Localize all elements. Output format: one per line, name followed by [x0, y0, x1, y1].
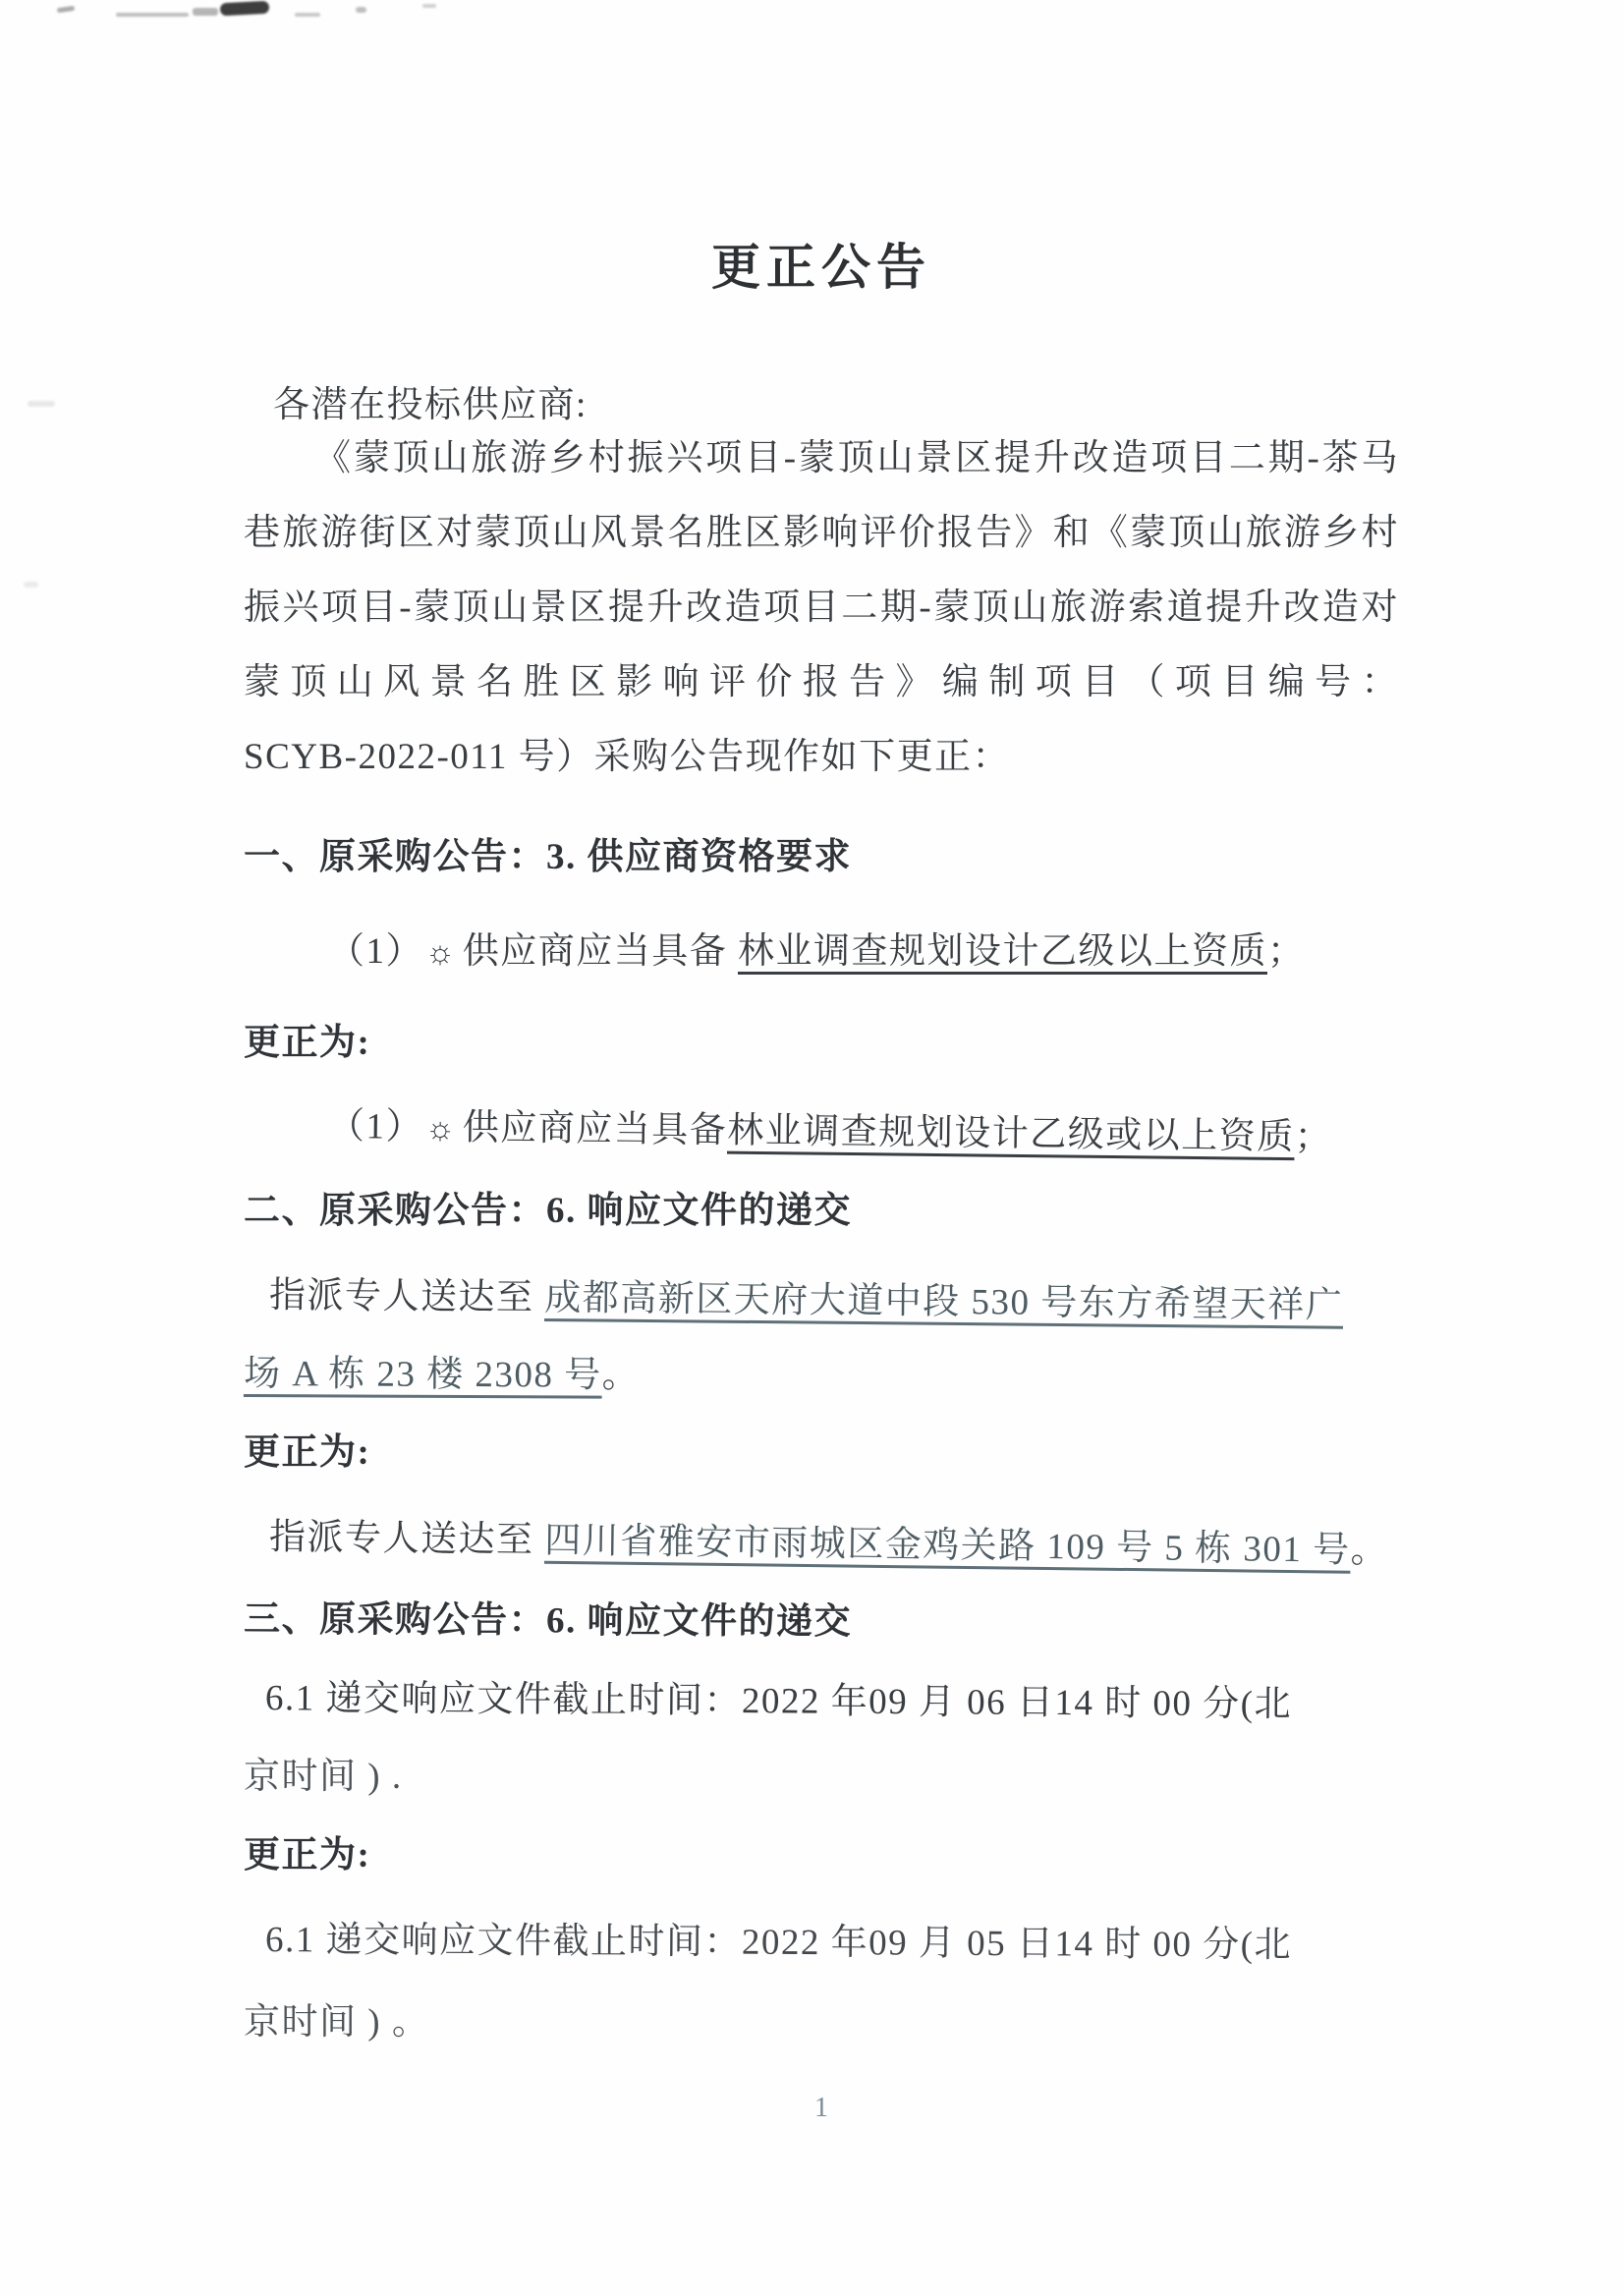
item-number: （1） — [328, 931, 423, 972]
scanned-document-page: 更正公告 各潜在投标供应商: 《蒙顶山旅游乡村振兴项目-蒙顶山景区提升改造项目二… — [0, 0, 1624, 2296]
intro-line: 振兴项目-蒙顶山景区提升改造项目二期-蒙顶山旅游索道提升改造对 — [244, 584, 1399, 633]
sun-bullet-icon: ☼ — [423, 1111, 463, 1147]
correction-label: 更正为: — [244, 1019, 1399, 1068]
section1-corrected-line: （1）☼供应商应当具备林业调查规划设计乙级或以上资质； — [244, 1101, 1400, 1164]
clause-text: 指派专人送达至 — [269, 1517, 545, 1560]
scan-artifact — [116, 13, 189, 17]
section3-original-line2: 京时间 ) . — [244, 1753, 1399, 1802]
correction-label: 更正为: — [244, 1831, 1399, 1880]
section2-original-line1: 指派专人送达至 成都高新区天府大道中段 530 号东方希望天祥广 — [244, 1271, 1399, 1331]
section2-heading: 二、原采购公告：6. 响应文件的递交 — [244, 1187, 1399, 1236]
section1-heading: 一、原采购公告：3. 供应商资格要求 — [244, 833, 1399, 882]
intro-line: 巷旅游街区对蒙顶山风景名胜区影响评价报告》和《蒙顶山旅游乡村 — [244, 509, 1399, 558]
document-body: 更正公告 各潜在投标供应商: 《蒙顶山旅游乡村振兴项目-蒙顶山景区提升改造项目二… — [244, 0, 1399, 2124]
intro-line: 《蒙顶山旅游乡村振兴项目-蒙顶山景区提升改造项目二期-茶马 — [244, 434, 1399, 483]
clause-suffix: 。 — [1350, 1531, 1388, 1571]
correction-label: 更正为: — [244, 1428, 1399, 1478]
scan-artifact — [422, 4, 436, 8]
scan-artifact — [356, 7, 366, 13]
section1-original-line: （1）☼供应商应当具备 林业调查规划设计乙级以上资质； — [244, 927, 1399, 978]
section3-corrected-line2: 京时间 ) 。 — [244, 1998, 1399, 2047]
page-number: 1 — [244, 2093, 1399, 2124]
underlined-qualification: 林业调查规划设计乙级以上资质 — [738, 931, 1267, 972]
sun-bullet-icon: ☼ — [423, 935, 463, 971]
section3-heading: 三、原采购公告：6. 响应文件的递交 — [244, 1596, 1399, 1650]
scan-artifact — [24, 582, 38, 588]
clause-suffix: ； — [1267, 931, 1306, 972]
scan-artifact — [57, 6, 76, 13]
scan-artifact — [28, 401, 55, 407]
clause-text: 供应商应当具备 — [463, 931, 738, 972]
intro-line: 蒙顶山风景名胜区影响评价报告》编制项目（项目编号： — [244, 658, 1399, 707]
clause-text: 指派专人送达至 — [269, 1275, 545, 1318]
clause-suffix: ； — [1294, 1117, 1332, 1157]
scan-artifact — [220, 1, 270, 17]
underlined-qualification: 林业调查规划设计乙级或以上资质 — [727, 1111, 1295, 1158]
document-title: 更正公告 — [244, 240, 1399, 295]
underlined-address: 成都高新区天府大道中段 530 号东方希望天祥广 — [544, 1278, 1343, 1326]
section2-original-line2: 场 A 栋 23 楼 2308 号。 — [244, 1350, 1399, 1404]
clause-text: 供应商应当具备 — [463, 1108, 728, 1151]
intro-line: SCYB-2022-011 号）采购公告现作如下更正： — [244, 733, 1399, 782]
underlined-address: 四川省雅安市雨城区金鸡关路 109 号 5 栋 301 号 — [544, 1521, 1351, 1571]
section3-corrected-line1: 6.1 递交响应文件截止时间：2022 年09 月 05 日14 时 00 分(… — [244, 1916, 1399, 1971]
underlined-address: 场 A 栋 23 楼 2308 号 — [244, 1354, 602, 1396]
item-number: （1） — [328, 1106, 423, 1148]
clause-suffix: 。 — [602, 1356, 641, 1396]
scan-artifact — [295, 13, 320, 17]
scan-artifact — [193, 8, 218, 16]
section3-original-line1: 6.1 递交响应文件截止时间：2022 年09 月 06 日14 时 00 分(… — [244, 1674, 1399, 1730]
section2-corrected-line: 指派专人送达至 四川省雅安市雨城区金鸡关路 109 号 5 栋 301 号。 — [244, 1513, 1400, 1576]
salutation-line: 各潜在投标供应商: — [244, 381, 1399, 430]
